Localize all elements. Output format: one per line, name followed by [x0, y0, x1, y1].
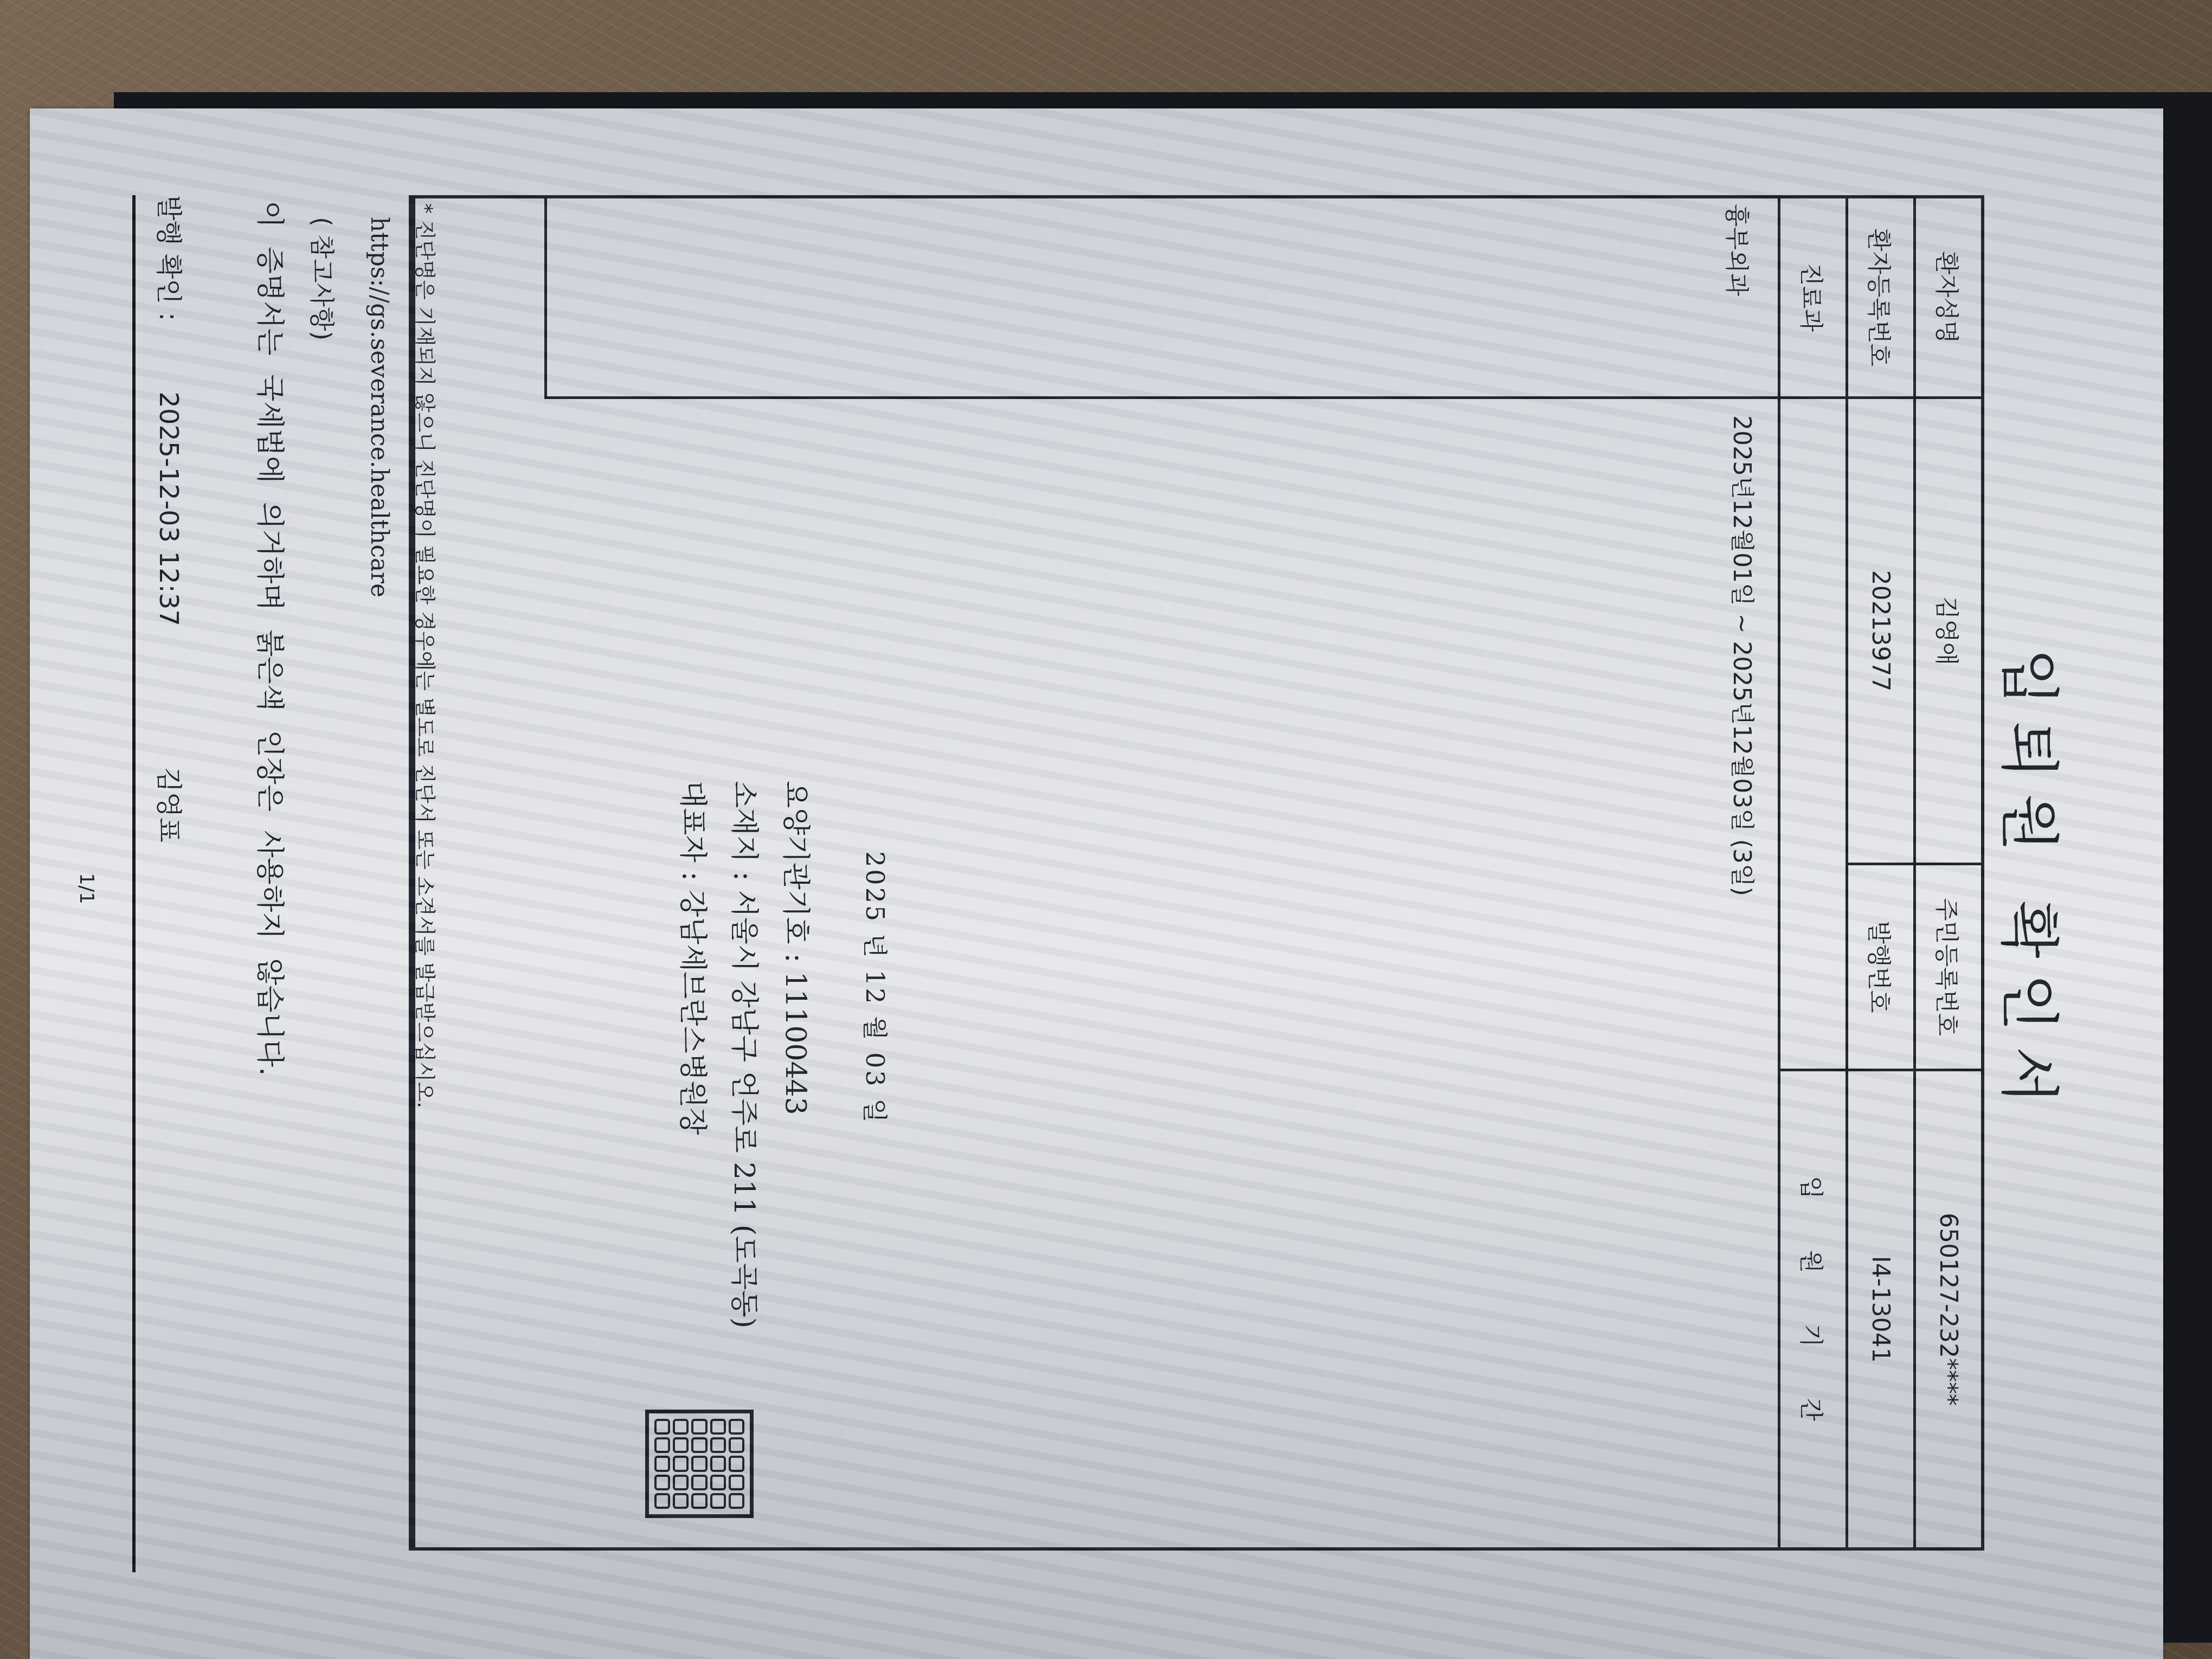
institution-code: 요양기관기호 : 11100443	[778, 781, 819, 1115]
issuance-label: 발행 확인 :	[153, 195, 184, 321]
issue-no-value: I4-13041	[1848, 1071, 1913, 1547]
issuer-name: 김영표	[153, 767, 184, 843]
admission-period-value: 2025년12월01일 ~ 2025년12월03일 (3일)	[1727, 415, 1761, 896]
patient-reg-value: 20213977	[1848, 399, 1913, 865]
department-label: 진료과	[1780, 198, 1846, 399]
certificate-table: 환자성명 김영애 주민등록번호 650127-232**** 환자등록번호 20…	[412, 195, 1984, 1551]
reference-title: ( 참고사항)	[306, 217, 342, 340]
table-row: 환자성명 김영애 주민등록번호 650127-232****	[1913, 198, 1981, 1547]
patient-reg-label: 환자등록번호	[1848, 198, 1913, 399]
institution-address: 소재지 : 서울시 강남구 언주로 211 (도곡동)	[726, 781, 767, 1328]
table-row: 진료과 입 원 기 간	[1778, 198, 1846, 1547]
patient-name-value: 김영애	[1916, 399, 1981, 865]
resident-id-value: 650127-232****	[1916, 1071, 1981, 1547]
issue-date: 2025 년 12 월 03 일	[859, 851, 895, 1125]
document-photo: 입퇴원 확인서 환자성명 김영애 주민등록번호 650127-232**** 환…	[30, 108, 2163, 1659]
empty-cell	[1780, 399, 1846, 1071]
institution-representative: 대표자 : 강남세브란스병원장	[675, 781, 716, 1135]
official-seal-icon	[645, 1410, 754, 1518]
certificate-paper: 입퇴원 확인서 환자성명 김영애 주민등록번호 650127-232**** 환…	[30, 108, 2163, 1659]
divider	[132, 195, 136, 1572]
hospital-url: https://gs.severance.healthcare	[365, 217, 393, 597]
table-row: 환자등록번호 20213977 발행번호 I4-13041	[1846, 198, 1913, 1547]
page-number: 1/1	[75, 873, 98, 904]
admission-period-label: 입 원 기 간	[1780, 1071, 1846, 1547]
document-title: 입퇴원 확인서	[1991, 108, 2076, 1659]
issue-no-label: 발행번호	[1848, 865, 1913, 1071]
diagnosis-footnote: * 진단명은 기재되지 않으니 진단명이 필요한 경우에는 별도로 진단서 또는…	[412, 203, 442, 1108]
department-value: 흉부외과	[544, 198, 1778, 399]
reference-note: 이 증명서는 국세법에 의거하며 붉은색 인장은 사용하지 않습니다.	[252, 201, 293, 1076]
issuance-confirmation: 발행 확인 :2025-12-03 12:37김영표	[152, 195, 190, 843]
divider	[409, 195, 412, 1551]
patient-name-label: 환자성명	[1916, 198, 1981, 399]
issuance-datetime: 2025-12-03 12:37	[153, 391, 184, 626]
resident-id-label: 주민등록번호	[1916, 865, 1981, 1071]
